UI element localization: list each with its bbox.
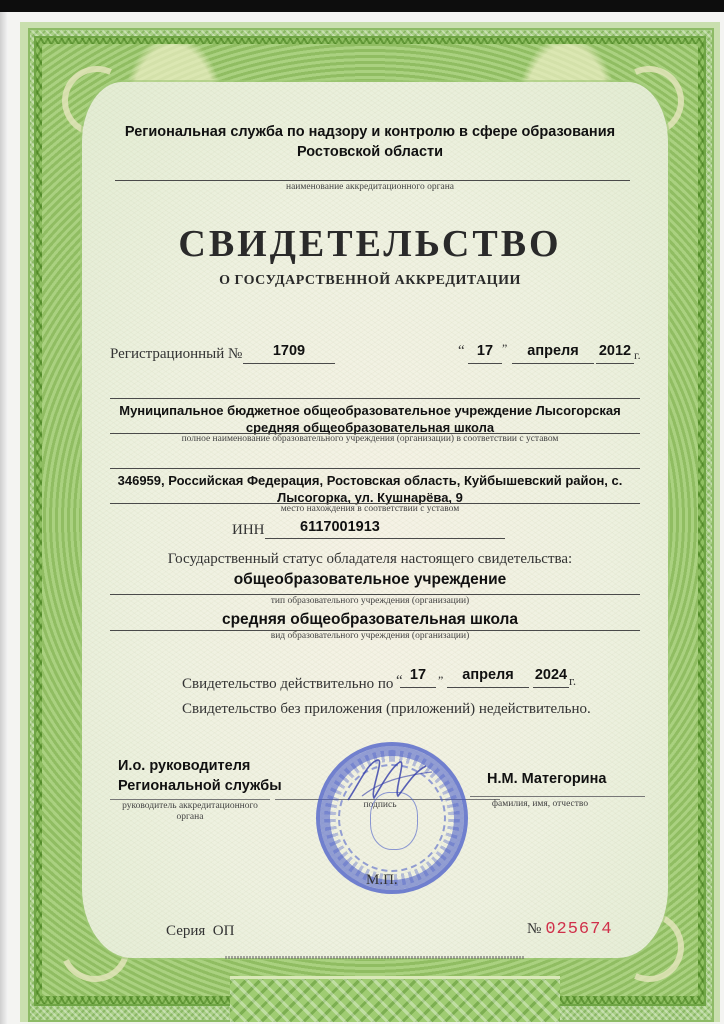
status-type-value: общеобразовательное учреждение xyxy=(100,571,640,589)
registration-number: 1709 xyxy=(243,343,335,359)
address-caption: место нахождения в соответствии с уставо… xyxy=(100,504,640,514)
signatory-name: Н.М. Матегорина xyxy=(487,771,606,787)
form-number-value: 025674 xyxy=(545,920,612,939)
rule xyxy=(110,799,270,800)
rule xyxy=(110,468,640,469)
signatory-name-caption: фамилия, имя, отчество xyxy=(470,799,610,809)
rule xyxy=(468,363,502,364)
inn-label: ИНН xyxy=(232,522,265,539)
validity-note: Свидетельство без приложения (приложений… xyxy=(182,701,591,718)
registration-close-quote: ” xyxy=(502,341,507,356)
form-number-sign: № xyxy=(527,921,541,937)
registration-year: 2012 xyxy=(596,343,634,359)
form-series-value: ОП xyxy=(213,923,235,939)
authority-name: Региональная служба по надзору и контрол… xyxy=(100,122,640,162)
bottom-ornament-panel xyxy=(230,976,560,1022)
registration-month: апреля xyxy=(512,343,594,359)
document-subtitle: О ГОСУДАРСТВЕННОЙ АККРЕДИТАЦИИ xyxy=(100,273,640,289)
document-title: СВИДЕТЕЛЬСТВО xyxy=(100,222,640,266)
registration-label: Регистрационный № xyxy=(110,346,242,363)
rule xyxy=(110,398,640,399)
scanner-edge-top xyxy=(0,0,724,12)
registration-year-suffix: г. xyxy=(634,348,641,363)
signatory-position: И.о. руководителя Региональной службы xyxy=(118,756,282,796)
rule xyxy=(110,594,640,595)
rule xyxy=(533,687,569,688)
scanner-edge-left xyxy=(0,12,8,1024)
validity-year-suffix: г. xyxy=(569,673,576,689)
signatory-position-line2: Региональной службы xyxy=(118,776,282,796)
inn-value: 6117001913 xyxy=(300,519,380,535)
form-series-label: Серия xyxy=(166,923,205,939)
address-value: 346959, Российская Федерация, Ростовская… xyxy=(110,472,630,506)
status-heading: Государственный статус обладателя настоя… xyxy=(100,551,640,568)
form-series: Серия ОП xyxy=(166,923,234,940)
rule xyxy=(243,363,335,364)
authority-caption: наименование аккредитационного органа xyxy=(100,182,640,192)
institution-caption: полное наименование образовательного учр… xyxy=(100,434,640,444)
status-kind-caption: вид образовательного учреждения (организ… xyxy=(100,631,640,641)
rule xyxy=(596,363,634,364)
validity-month: апреля xyxy=(447,667,529,683)
status-type-caption: тип образовательного учреждения (организ… xyxy=(100,596,640,606)
signatory-position-caption: руководитель аккредитационного органа xyxy=(110,801,270,823)
printer-imprint-microtext xyxy=(225,956,525,959)
signatory-position-line1: И.о. руководителя xyxy=(118,756,282,776)
registration-day: 17 xyxy=(468,343,502,359)
form-number: № 025674 xyxy=(527,920,613,939)
registration-open-quote: “ xyxy=(458,343,465,360)
rule xyxy=(470,796,645,797)
validity-year: 2024 xyxy=(533,667,569,683)
seal-label: М.П. xyxy=(366,872,398,889)
validity-day: 17 xyxy=(400,667,436,683)
handwritten-signature-icon xyxy=(340,752,450,812)
rule xyxy=(400,687,436,688)
rule xyxy=(265,538,505,539)
institution-name: Муниципальное бюджетное общеобразователь… xyxy=(100,402,640,436)
rule xyxy=(447,687,529,688)
status-kind-value: средняя общеобразовательная школа xyxy=(100,611,640,629)
validity-close-quote: ” xyxy=(438,673,443,688)
validity-label: Свидетельство действительно по xyxy=(182,676,393,693)
rule xyxy=(115,180,630,181)
rule xyxy=(512,363,594,364)
